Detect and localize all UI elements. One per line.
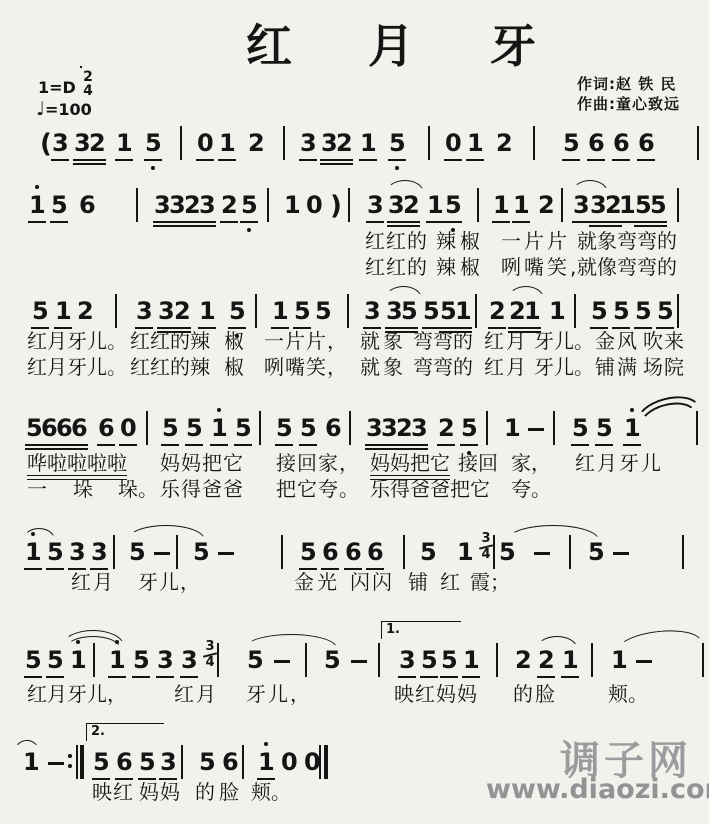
lyric-text: 红月牙儿 (575, 452, 663, 474)
beam-underline (512, 221, 530, 223)
note-digit: 0 (306, 193, 322, 219)
note-digit: 5 (421, 648, 437, 674)
beam-underline (156, 676, 174, 678)
note-digit: 1 (562, 648, 578, 674)
beam-underline (572, 221, 590, 223)
note-digit: 6 (222, 750, 238, 776)
note-digit: 5 (47, 540, 63, 566)
lyric-text: 吹来 (643, 330, 685, 352)
beam-underline (426, 221, 444, 223)
note-digit: 5 (563, 131, 579, 157)
octave-dot-above (217, 408, 221, 412)
lyric-text: 红月 (174, 683, 218, 705)
quarter-note-icon: ♩ (36, 98, 45, 120)
beam-underline (240, 221, 258, 223)
beam-underline (185, 444, 203, 446)
lyric-text: 牙儿， (246, 683, 312, 705)
lyric-text: 椒 (224, 330, 244, 352)
note-digit: 3 (367, 193, 383, 219)
barline (486, 411, 488, 445)
beam-underline (24, 676, 42, 678)
beam-underline (410, 444, 428, 446)
beam-underline (108, 676, 126, 678)
meter-numerator: 3 (479, 533, 493, 545)
note-digit: 1 (524, 299, 540, 325)
octave-dot-above (264, 742, 268, 746)
lyric-text: 就象 (360, 356, 406, 378)
note-digit: 3 (411, 416, 427, 442)
beam-underline (88, 159, 106, 161)
lyric-text: 乐得爸爸 (160, 478, 244, 500)
lyric-text: 乐得爸爸把它 (370, 478, 490, 500)
beam-underline (402, 225, 420, 227)
beam-underline (595, 444, 613, 446)
note-digit: 3 (386, 299, 402, 325)
note-digit: 1 (219, 131, 235, 157)
lyric-text: 一片片， (264, 330, 348, 352)
beam-underline (612, 159, 630, 161)
lyric-text: 妈妈 (139, 781, 181, 803)
note-digit: 5 (186, 416, 202, 442)
lyric-text: 一 (27, 478, 47, 500)
note-digit: 3 (158, 299, 174, 325)
note-digit: 5 (635, 193, 651, 219)
note-digit: 0 (281, 750, 297, 776)
lyric-text: 就像弯弯的 (577, 256, 677, 278)
beam-underline (51, 159, 69, 161)
duration-dash (613, 552, 629, 555)
note-digit: 3 (381, 416, 397, 442)
beam-underline (299, 444, 317, 446)
note-digit: 5 (441, 648, 457, 674)
beam-underline (649, 225, 667, 227)
duration-dash (528, 428, 544, 431)
beam-underline (492, 221, 510, 223)
note-digit: 3 (169, 193, 185, 219)
beam-underline (46, 676, 64, 678)
note-digit: 2 (403, 193, 419, 219)
note-digit: 1 (467, 131, 483, 157)
note-digit: 5 (193, 540, 209, 566)
barline (696, 411, 698, 445)
beam-underline (398, 676, 416, 678)
beam-underline (466, 159, 484, 161)
beam-underline (410, 448, 428, 450)
beam-underline (144, 159, 162, 161)
lyric-text: 铺 (408, 571, 428, 593)
note-digit: 1 (70, 648, 86, 674)
lyric-text: 红红的辣 (130, 356, 210, 378)
note-digit: 0 (304, 750, 320, 776)
note-digit: 3 (74, 131, 90, 157)
note-digit: 3 (321, 131, 337, 157)
note-digit: 5 (650, 193, 666, 219)
note-digit: 5 (199, 750, 215, 776)
note-digit: 2 (77, 299, 93, 325)
note-digit: 2 (248, 131, 264, 157)
beam-underline (462, 676, 480, 678)
note-digit: 5 (461, 416, 477, 442)
note-digit: 2 (509, 299, 525, 325)
note-digit: 2 (184, 193, 200, 219)
barline (553, 411, 555, 445)
beam-underline (70, 444, 88, 446)
note-digit: 6 (345, 540, 361, 566)
note-digit: 5 (133, 648, 149, 674)
note-digit: 5 (294, 299, 310, 325)
note-digit: 2 (396, 416, 412, 442)
lyric-text: 辣椒 (436, 256, 484, 278)
note-digit: 5 (300, 416, 316, 442)
note-digit: 1 (258, 750, 274, 776)
note-digit: 5 (235, 416, 251, 442)
beam-underline (388, 159, 406, 161)
note-digit: 1 (55, 299, 71, 325)
barline (242, 745, 244, 779)
duration-dash (636, 660, 652, 663)
note-digit: 1 (360, 131, 376, 157)
note-digit: 6 (638, 131, 654, 157)
duration-dash (274, 660, 290, 663)
lyric-text: 红月 (484, 356, 528, 378)
note-digit: 6 (56, 416, 72, 442)
note-digit: 1 (29, 193, 45, 219)
note-digit: 3 (366, 416, 382, 442)
sheet-music-page: 红 月 牙 1=D 2 4 ♩=100 作词:赵 铁 民 作曲:童心致远 (33… (0, 0, 709, 824)
repeat-dot (68, 754, 72, 758)
lyric-text: 就象 (360, 330, 406, 352)
fraction-bar (80, 66, 82, 68)
lyric-underline (27, 475, 127, 477)
beam-underline (275, 444, 293, 446)
barline (348, 188, 350, 222)
note-digit: 1 (116, 131, 132, 157)
note-digit: 5 (51, 193, 67, 219)
octave-dot-below (151, 166, 155, 170)
beam-underline (28, 221, 46, 223)
note-digit: 3 (399, 648, 415, 674)
note-digit: 5 (32, 299, 48, 325)
meter-denominator: 4 (479, 549, 493, 561)
barline (259, 411, 261, 445)
note-digit: 3 (154, 193, 170, 219)
duration-dash (218, 552, 234, 555)
barline (697, 126, 699, 160)
volta-bracket: 2. (86, 723, 164, 741)
octave-dot-above (35, 185, 39, 189)
tempo-marking: ♩=100 (36, 98, 92, 120)
barline (569, 535, 571, 569)
note-digit: 5 (93, 750, 109, 776)
lyric-text: 垛。 (118, 478, 158, 500)
note-digit: 6 (116, 750, 132, 776)
note-digit: 6 (325, 416, 341, 442)
note-digit: 5 (129, 540, 145, 566)
lyric-text: 映红 (92, 781, 134, 803)
note-digit: 2 (489, 299, 505, 325)
note-digit: 3 (136, 299, 152, 325)
note-digit: 5 (300, 540, 316, 566)
note-digit: 3 (199, 193, 215, 219)
lyric-text: 金风 (595, 330, 639, 352)
barline (255, 294, 257, 328)
note-digit: 2 (538, 648, 554, 674)
duration-dash (351, 660, 367, 663)
note-digit: 3 (181, 648, 197, 674)
lyric-text: 接回 (458, 452, 498, 474)
barline (349, 411, 351, 445)
beam-underline (335, 159, 353, 161)
note-digit: 5 (247, 648, 263, 674)
note-digit: 0 (445, 131, 461, 157)
lyric-text: 牙儿。 (534, 356, 594, 378)
repeat-dot (68, 764, 72, 768)
barline (347, 294, 349, 328)
octave-dot-above (630, 408, 634, 412)
lyric-text: 妈妈把它 (370, 452, 450, 474)
note-digit: 1 (611, 648, 627, 674)
lyric-text: 红月 (71, 571, 115, 593)
barline (267, 188, 269, 222)
slur-arc (616, 627, 701, 651)
beam-underline (46, 568, 64, 570)
beam-underline (198, 221, 216, 223)
note-digit: 1 (463, 648, 479, 674)
lyric-text: 颊。 (608, 683, 648, 705)
beam-underline (562, 159, 580, 161)
volta-bracket: 1. (381, 621, 461, 639)
note-digit: 3 (91, 540, 107, 566)
note-digit: 3 (364, 299, 380, 325)
beam-underline (649, 221, 667, 223)
note-digit: 6 (613, 131, 629, 157)
slur-arc (23, 528, 55, 540)
note-digit: 5 (315, 299, 331, 325)
time-signature-numerator: 2 (80, 70, 96, 84)
beam-underline (335, 163, 353, 165)
barline (702, 643, 704, 677)
barline (574, 294, 576, 328)
lyric-text: 弯弯的 (413, 330, 473, 352)
composer-credit: 作曲:童心致远 (577, 93, 680, 114)
beam-underline (234, 444, 252, 446)
note-digit: 3 (388, 193, 404, 219)
note-digit: 1 (272, 299, 288, 325)
barline (403, 535, 405, 569)
lyric-text: 红月牙儿， (27, 683, 127, 705)
lyric-text: 妈妈把它 (160, 452, 244, 474)
lyric-text: 咧嘴笑, (501, 256, 579, 278)
lyric-text: 垛 (73, 478, 93, 500)
note-digit: 2 (496, 131, 512, 157)
barline (115, 294, 117, 328)
note-digit: 1 (211, 416, 227, 442)
lyric-text: 霞； (470, 571, 510, 593)
beam-underline (537, 676, 555, 678)
barline (591, 643, 593, 677)
note-digit: 5 (440, 299, 456, 325)
parenthesis: ( (40, 129, 52, 159)
note-digit: 5 (229, 299, 245, 325)
lyric-text: 闪闪 (350, 571, 394, 593)
note-digit: 2 (538, 193, 554, 219)
slur-arc (127, 525, 205, 540)
beam-underline (220, 221, 238, 223)
beam-underline (460, 444, 478, 446)
note-digit: 3 (573, 193, 589, 219)
note-digit: 5 (588, 540, 604, 566)
lyric-underline (370, 475, 450, 477)
beam-underline (623, 444, 641, 446)
note-digit: 2 (174, 299, 190, 325)
lyric-text: 牙儿。 (534, 330, 594, 352)
lyric-text: 颊。 (251, 781, 291, 803)
meter-change: 34 (203, 641, 217, 669)
barline (136, 188, 138, 222)
lyric-text: 夸。 (511, 478, 551, 500)
note-digit: 5 (613, 299, 629, 325)
slur-arc (245, 634, 337, 648)
beam-underline (637, 159, 655, 161)
note-digit: 1 (513, 193, 529, 219)
beam-underline (571, 444, 589, 446)
slur-arc (537, 636, 577, 648)
note-digit: 6 (367, 540, 383, 566)
duration-dash (48, 762, 64, 765)
lyric-text: 红红的辣 (130, 330, 210, 352)
note-digit: 5 (499, 540, 515, 566)
lyric-text: 红月牙儿。 (27, 330, 127, 352)
barline (176, 535, 178, 569)
lyric-text: 哗啦啦啦啦 (27, 452, 127, 474)
barline (677, 294, 679, 328)
lyric-text: 辣椒 (436, 230, 484, 252)
beam-underline (70, 448, 88, 450)
note-digit: 6 (322, 540, 338, 566)
time-signature: 2 4 (80, 70, 96, 98)
lyric-text: 脸 (219, 781, 239, 803)
beam-underline (604, 225, 622, 227)
note-digit: 0 (197, 131, 213, 157)
volta-label: 2. (87, 724, 164, 738)
note-digit: 5 (635, 299, 651, 325)
slur-arc (508, 286, 544, 299)
note-digit: 5 (389, 131, 405, 157)
barline (283, 126, 285, 160)
barline (496, 643, 498, 677)
note-digit: 5 (145, 131, 161, 157)
note-digit: 1 (284, 193, 300, 219)
song-title: 红 月 牙 (246, 10, 566, 76)
slur-arc (386, 180, 424, 193)
slur-arc (572, 180, 608, 193)
beam-underline (561, 676, 579, 678)
barline (181, 745, 183, 779)
beam-underline (196, 159, 214, 161)
barline (93, 643, 95, 677)
barline (305, 643, 307, 677)
lyric-text: 红 (440, 571, 460, 593)
lyric-text: 就象弯弯的 (577, 230, 677, 252)
note-digit: 5 (445, 193, 461, 219)
beam-underline (198, 225, 216, 227)
lyric-text: 的脸 (513, 683, 557, 705)
note-digit: 6 (79, 193, 95, 219)
beam-underline (132, 676, 150, 678)
time-signature-denominator: 4 (80, 84, 96, 98)
note-digit: 1 (549, 299, 565, 325)
beam-underline (444, 159, 462, 161)
note-digit: 3 (157, 648, 173, 674)
octave-dot-below (395, 166, 399, 170)
note-digit: 6 (41, 416, 57, 442)
duration-dash (534, 552, 550, 555)
parenthesis: ) (330, 191, 342, 221)
note-digit: 6 (98, 416, 114, 442)
barline (493, 535, 495, 569)
note-digit: 1 (25, 540, 41, 566)
note-digit: 1 (504, 416, 520, 442)
note-digit: 3 (300, 131, 316, 157)
beam-underline (420, 676, 438, 678)
barline (533, 126, 535, 160)
barline (677, 188, 679, 222)
barline (561, 188, 563, 222)
barline (281, 535, 283, 569)
note-digit: 1 (109, 648, 125, 674)
note-digit: 5 (657, 299, 673, 325)
note-digit: 0 (120, 416, 136, 442)
note-digit: 3 (160, 750, 176, 776)
barline (113, 535, 115, 569)
slur-arc (385, 286, 422, 299)
beam-underline (299, 159, 317, 161)
note-digit: 2 (336, 131, 352, 157)
lyric-text: 把它夸。 (276, 478, 360, 500)
beam-underline (402, 221, 420, 223)
note-digit: 1 (427, 193, 443, 219)
beam-underline (587, 159, 605, 161)
note-digit: 5 (26, 416, 42, 442)
note-digit: 1 (619, 193, 635, 219)
note-digit: 3 (590, 193, 606, 219)
note-digit: 2 (89, 131, 105, 157)
tempo-value: =100 (45, 100, 92, 119)
note-digit: 5 (591, 299, 607, 325)
watermark-site-url: www.diaozi.com (486, 774, 709, 805)
lyric-text: 接回家， (276, 452, 360, 474)
barline (180, 126, 182, 160)
note-digit: 5 (572, 416, 588, 442)
meter-change: 34 (479, 533, 493, 561)
note-digit: 6 (588, 131, 604, 157)
beam-underline (161, 444, 179, 446)
beam-underline (88, 163, 106, 165)
lyric-text: 红月 (484, 330, 528, 352)
beam-underline (359, 159, 377, 161)
lyric-text: 映红妈妈 (394, 683, 478, 705)
octave-dot-below (247, 228, 251, 232)
barline (477, 188, 479, 222)
beam-underline (210, 444, 228, 446)
beam-underline (437, 444, 455, 446)
lyric-text: 红红的 (365, 230, 428, 252)
lyric-text: 红月牙儿。 (27, 356, 127, 378)
barline (682, 535, 684, 569)
meter-denominator: 4 (203, 657, 217, 669)
note-digit: 5 (241, 193, 257, 219)
note-digit: 5 (276, 416, 292, 442)
